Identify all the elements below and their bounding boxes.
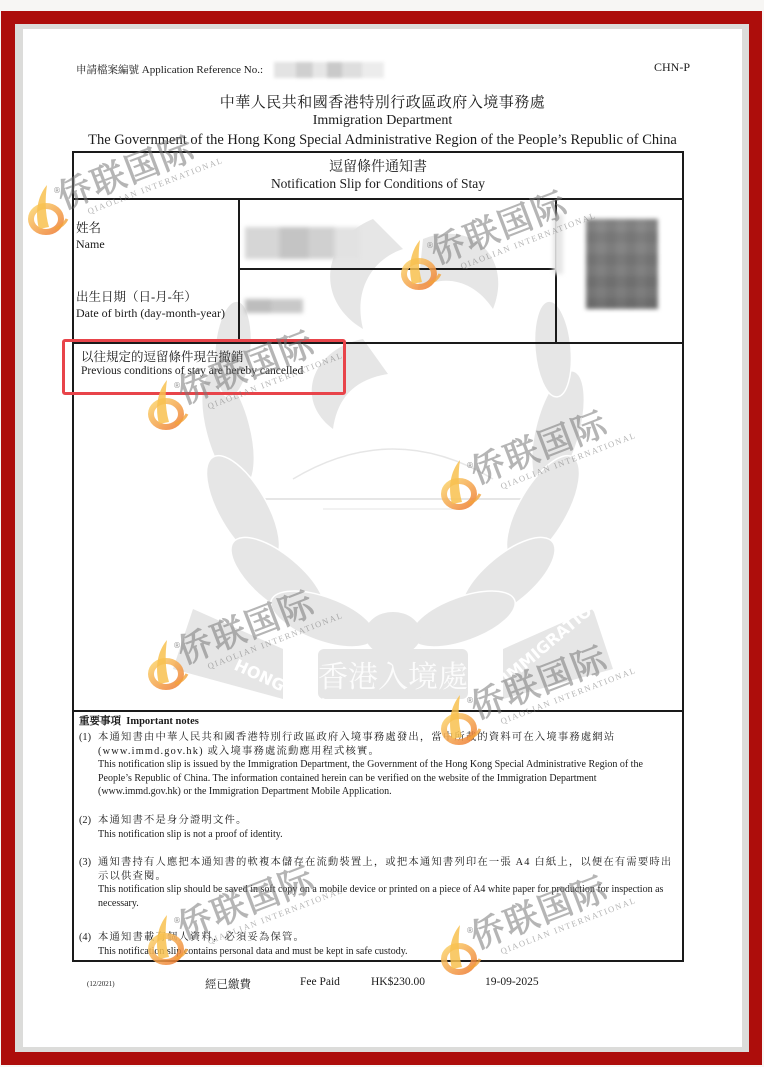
application-ref-value-redacted: [274, 62, 384, 78]
note-item-4: (4) 本通知書載有個人資料，必須妥為保管。 This notification…: [79, 931, 679, 958]
svg-text:®: ®: [53, 186, 61, 195]
government-name-en: The Government of the Hong Kong Special …: [23, 132, 742, 149]
qiaolian-logo-icon: ®: [25, 183, 69, 237]
department-name-zh: 中華人民共和國香港特別行政區政府入境事務處: [23, 91, 742, 112]
column-divider: [238, 198, 240, 344]
slip-title-en: Notification Slip for Conditions of Stay: [72, 176, 684, 192]
document-page: 香港入境處 HONG KONG IMMIGRATION 申請檔案編號 Appli…: [23, 29, 742, 1047]
application-ref-label-zh: 申請檔案編號: [76, 65, 139, 76]
form-code: CHN-P: [654, 60, 690, 75]
fee-amount: HK$230.00: [371, 976, 425, 988]
name-label: 姓名 Name: [76, 220, 105, 252]
photo-edge-redacted: [553, 214, 563, 274]
application-ref-label-en: Application Reference No.:: [142, 64, 263, 76]
department-name-en: Immigration Department: [23, 113, 742, 129]
fee-paid-zh: 經已繳費: [205, 976, 251, 992]
name-value-redacted: [245, 227, 360, 259]
issue-date: 19-09-2025: [485, 976, 539, 988]
important-notes-title: 重要事項 Important notes: [79, 713, 199, 728]
note-item-2: (2) 本通知書不是身分證明文件。 This notification slip…: [79, 814, 679, 841]
notes-divider: [74, 710, 682, 712]
application-reference: 申請檔案編號 Application Reference No.:: [76, 62, 384, 78]
row-divider: [239, 268, 556, 270]
photo-redacted: [586, 219, 658, 309]
slip-title-zh: 逗留條件通知書: [72, 156, 684, 176]
note-item-1: (1) 本通知書由中華人民共和國香港特別行政區政府入境事務處發出，當中所載的資料…: [79, 731, 679, 799]
note-item-3: (3) 通知書持有人應把本通知書的軟複本儲存在流動裝置上，或把本通知書列印在一張…: [79, 856, 679, 910]
highlight-box: [62, 339, 346, 395]
fee-paid-en: Fee Paid: [300, 976, 340, 988]
dob-label: 出生日期（日-月-年） Date of birth (day-month-yea…: [76, 289, 225, 321]
dob-value-redacted: [245, 299, 303, 313]
row-divider: [74, 198, 682, 200]
form-version: (12/2021): [87, 980, 115, 988]
